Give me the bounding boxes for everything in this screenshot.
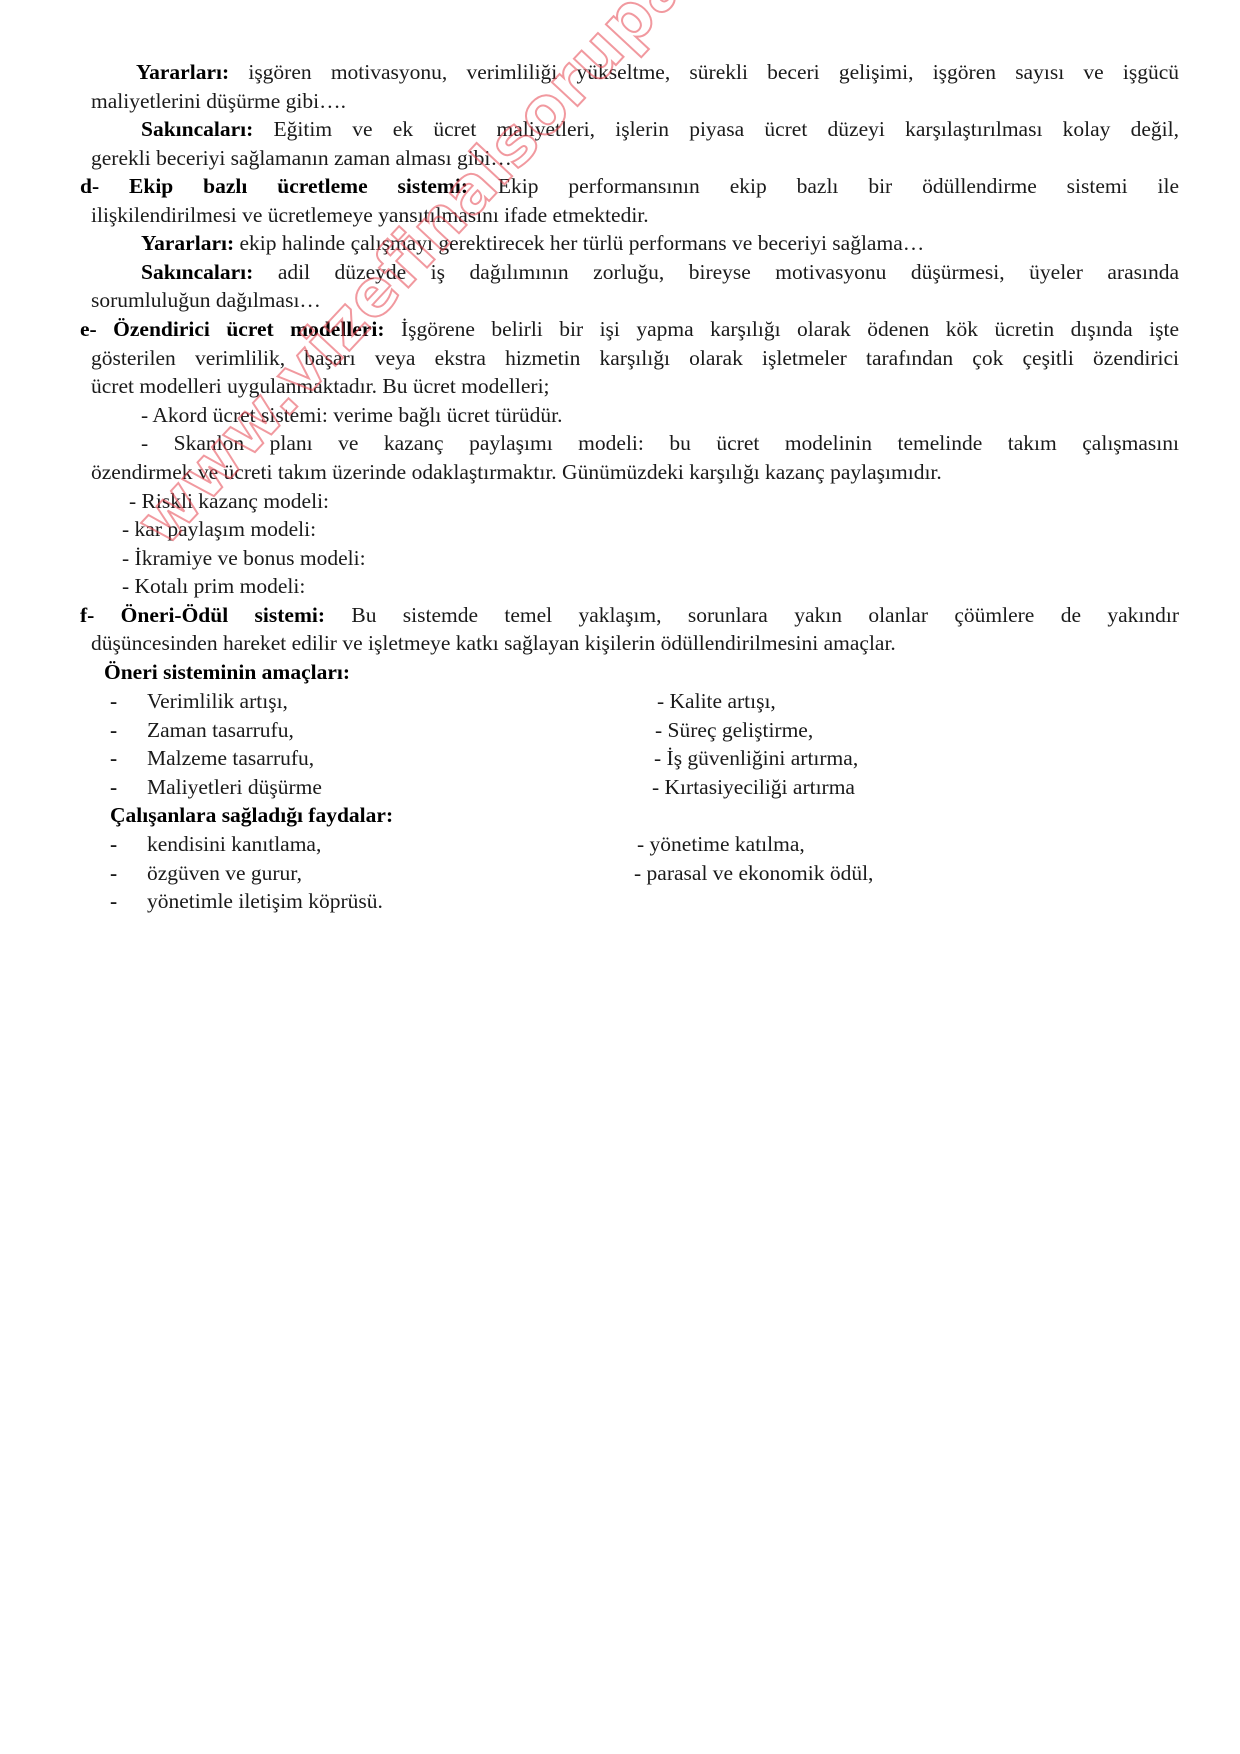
bullet-dash: - (110, 887, 117, 916)
goal-left-item: Verimlilik artışı, (147, 687, 288, 716)
e-model-item: - kar paylaşım modeli: (122, 515, 316, 544)
goal-right-item: - Kalite artışı, (657, 687, 776, 716)
benefit-left-item: özgüven ve gurur, (147, 859, 302, 888)
e-model-item: - İkramiye ve bonus modeli: (122, 544, 366, 573)
d-drawbacks-line2: sorumluluğun dağılması… (91, 286, 321, 315)
benefit-right-item: - yönetime katılma, (637, 830, 805, 859)
goal-right-item: - Süreç geliştirme, (655, 716, 813, 745)
benefit-left-item: kendisini kanıtlama, (147, 830, 321, 859)
c-drawbacks-line2: gerekli beceriyi sağlamanın zaman alması… (91, 144, 512, 173)
e-skanlon-line1: - Skanlon planı ve kazanç paylaşımı mode… (141, 429, 1179, 458)
bullet-dash: - (110, 716, 117, 745)
bullet-dash: - (110, 687, 117, 716)
goal-left-item: Zaman tasarrufu, (147, 716, 294, 745)
benefit-left-item: yönetimle iletişim köprüsü. (147, 887, 383, 916)
f-heading: f- Öneri-Ödül sistemi: (80, 603, 325, 627)
f-goals-heading: Öneri sisteminin amaçları: (104, 658, 350, 687)
e-akord: - Akord ücret sistemi: verime bağlı ücre… (141, 401, 563, 430)
f-benefits-heading: Çalışanlara sağladığı faydalar: (110, 801, 393, 830)
d-text-line2: ilişkilendirilmesi ve ücretlemeye yansıt… (91, 201, 649, 230)
d-benefits-label: Yararları: (141, 231, 234, 255)
d-benefits: Yararları: ekip halinde çalışmayı gerekt… (141, 229, 924, 258)
benefit-right-item: - parasal ve ekonomik ödül, (634, 859, 873, 888)
f-text-line2: düşüncesinden hareket edilir ve işletmey… (91, 629, 896, 658)
goal-left-item: Malzeme tasarrufu, (147, 744, 314, 773)
goal-right-item: - İş güvenliğini artırma, (654, 744, 858, 773)
goal-left-item: Maliyetleri düşürme (147, 773, 322, 802)
bullet-dash: - (110, 830, 117, 859)
e-model-item: - Kotalı prim modeli: (122, 572, 305, 601)
e-skanlon-line2: özendirmek ve ücreti takım üzerinde odak… (91, 458, 942, 487)
bullet-dash: - (110, 773, 117, 802)
c-benefits-label: Yararları: (136, 60, 229, 84)
d-heading: d- Ekip bazlı ücretleme sistemi: (80, 174, 468, 198)
e-heading: e- Özendirici ücret modelleri: (80, 317, 384, 341)
c-drawbacks-label: Sakıncaları: (141, 117, 253, 141)
goal-right-item: - Kırtasiyeciliği artırma (652, 773, 855, 802)
e-text-line2: gösterilen verimlilik, başarı veya ekstr… (91, 344, 1179, 373)
e-model-item: - Riskli kazanç modeli: (129, 487, 329, 516)
d-drawbacks-label: Sakıncaları: (141, 260, 253, 284)
c-benefits-line2: maliyetlerini düşürme gibi…. (91, 87, 346, 116)
document-page: Yararları: işgören motivasyonu, verimlil… (0, 0, 1240, 1754)
e-text-line3: ücret modelleri uygulanmaktadır. Bu ücre… (91, 372, 550, 401)
bullet-dash: - (110, 744, 117, 773)
bullet-dash: - (110, 859, 117, 888)
